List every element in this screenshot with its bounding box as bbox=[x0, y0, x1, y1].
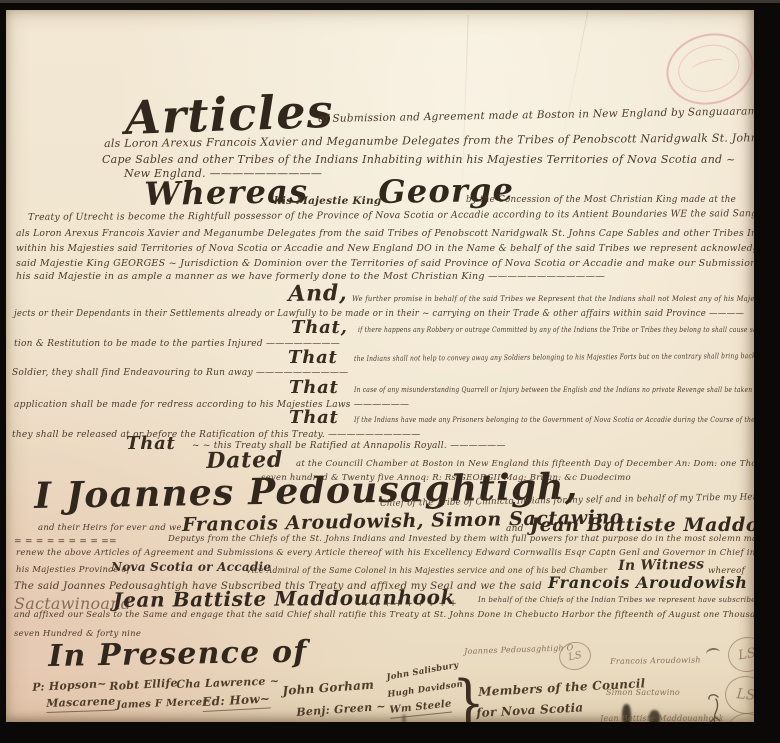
that-word-2: That bbox=[288, 348, 338, 369]
council-label-2: for Nova Scotia bbox=[476, 701, 584, 720]
in-witness-phrase: In Witness bbox=[618, 556, 704, 574]
sig-hopson: P: Hopson~ bbox=[32, 678, 107, 695]
manuscript-line: application shall be made for redress ac… bbox=[14, 400, 409, 410]
paper-crease-diagonal bbox=[561, 11, 589, 149]
manuscript-line: jects or their Dependants in their Settl… bbox=[14, 309, 744, 319]
sig-francois-aroudowish: Francois Aroudowish bbox=[610, 655, 701, 666]
manuscript-line: his Majestie King bbox=[274, 195, 382, 207]
manuscript-line: Treaty of Utrecht is become the Rightful… bbox=[28, 209, 754, 224]
sig-gorham: John Gorham bbox=[282, 679, 375, 699]
seal-circle: LS bbox=[723, 674, 754, 716]
sig-jean-battiste-maddouanhook: Jean Battiste Maddouanhook bbox=[600, 714, 724, 722]
manuscript-line: In case of any misunderstanding Quarrell… bbox=[354, 386, 754, 395]
sig-mascarene: Mascarene bbox=[46, 696, 116, 713]
that-word-3: That bbox=[289, 378, 339, 399]
manuscript-line: they shall be released at or before the … bbox=[12, 430, 421, 440]
sig-green: Benj: Green ~ bbox=[296, 701, 386, 720]
document-scan: Articlesof Submission and Agreement made… bbox=[0, 0, 780, 743]
sig-how: Ed: How~ bbox=[202, 692, 271, 711]
that-word-4: That bbox=[289, 408, 339, 429]
in-presence-word: In Presence of bbox=[48, 635, 308, 674]
manuscript-line: We further promise in behalf of the said… bbox=[352, 295, 754, 304]
manuscript-line: of Submission and Agreement made at Bost… bbox=[318, 105, 754, 125]
manuscript-line: and affixed our Seals to the Same and en… bbox=[14, 611, 754, 621]
that-word-1: That, bbox=[291, 318, 348, 339]
manuscript-line: Deputys from the Chiefs of the St. Johns… bbox=[168, 534, 754, 544]
manuscript-line: by the Concession of the Most Christian … bbox=[466, 195, 736, 205]
sig-steele: Wm Steele bbox=[389, 698, 452, 718]
manuscript-line: within his Majesties said Territories of… bbox=[16, 244, 754, 255]
scan-edge-strip bbox=[0, 0, 780, 3]
manuscript-line: if there happens any Robbery or outrage … bbox=[358, 326, 754, 335]
manuscript-line: and their Heirs for ever and we bbox=[38, 524, 182, 534]
manuscript-line: If the Indians have made any Prisoners b… bbox=[354, 416, 754, 425]
manuscript-line: In behalf of the Chiefs of the Indian Tr… bbox=[478, 596, 754, 605]
manuscript-line: als Loron Arexus Francois Xavier and Meg… bbox=[16, 229, 754, 240]
treaty-document-page: Articlesof Submission and Agreement made… bbox=[6, 10, 754, 722]
archive-ink-stamp bbox=[659, 24, 754, 113]
sig-ellife: Robt Ellife bbox=[109, 677, 178, 693]
francois-simon-2: Francois Aroudowish Simon bbox=[548, 574, 754, 592]
manuscript-line: + + + + + + + + + bbox=[362, 599, 457, 609]
manuscript-line: and bbox=[506, 524, 524, 534]
manuscript-line: = = = = = = = = == bbox=[14, 537, 117, 547]
sig-lawrence: Cha Lawrence ~ bbox=[176, 675, 279, 691]
manuscript-line: the Indians shall not help to convey awa… bbox=[354, 352, 754, 364]
sig-joannes-pedousaghtigh: Joannes Pedousaghtigh O bbox=[464, 643, 574, 656]
ink-arc-mark bbox=[705, 647, 720, 659]
seal-circle: LS bbox=[725, 634, 754, 675]
manuscript-line: said Majestie King GEORGES ~ Jurisdictio… bbox=[16, 259, 754, 270]
that-word-5: That bbox=[126, 434, 176, 455]
and-word: And, bbox=[288, 281, 348, 307]
seal-circle: LS bbox=[726, 711, 754, 722]
sig-mercer: James F Mercer bbox=[116, 697, 208, 712]
manuscript-line: Cape Sables and other Tribes of the Indi… bbox=[102, 154, 736, 167]
